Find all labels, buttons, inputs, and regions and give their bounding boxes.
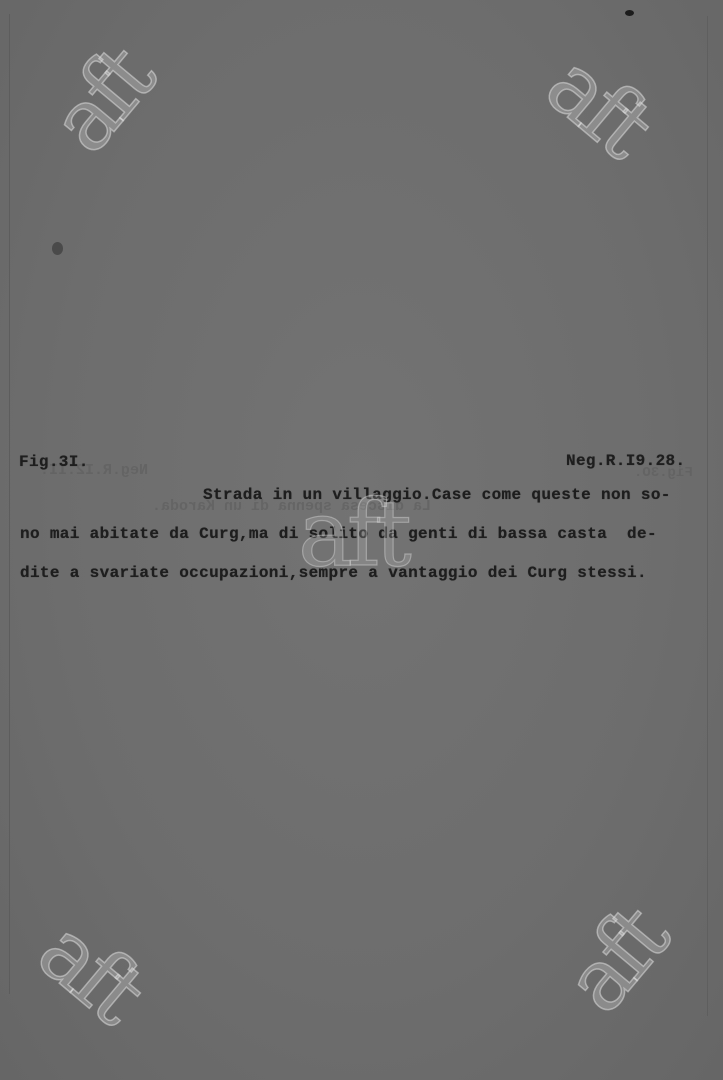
- card-left-edge: [9, 14, 10, 994]
- negative-number-label: Neg.R.I9.28.: [566, 451, 685, 471]
- stain-spot: [52, 242, 63, 255]
- ink-spot: [625, 10, 634, 16]
- aft-watermark-bottom-right: aft: [551, 895, 681, 1027]
- caption-line-1: Strada in un villaggio.Case come queste …: [203, 485, 671, 505]
- aft-watermark-bottom-left: aft: [24, 906, 156, 1036]
- caption-line-2: no mai abitate da Curg,ma di solito da g…: [20, 524, 657, 544]
- aft-watermark-top-right: aft: [532, 40, 664, 170]
- scanned-document-card: Neg.R.I2.II. Fig.3O. La discesa spenna d…: [0, 0, 723, 1080]
- card-right-edge: [707, 16, 708, 1016]
- figure-label: Fig.3I.: [19, 452, 89, 472]
- caption-line-3: dite a svariate occupazioni,sempre a van…: [20, 563, 647, 583]
- aft-watermark-top-left: aft: [37, 35, 167, 167]
